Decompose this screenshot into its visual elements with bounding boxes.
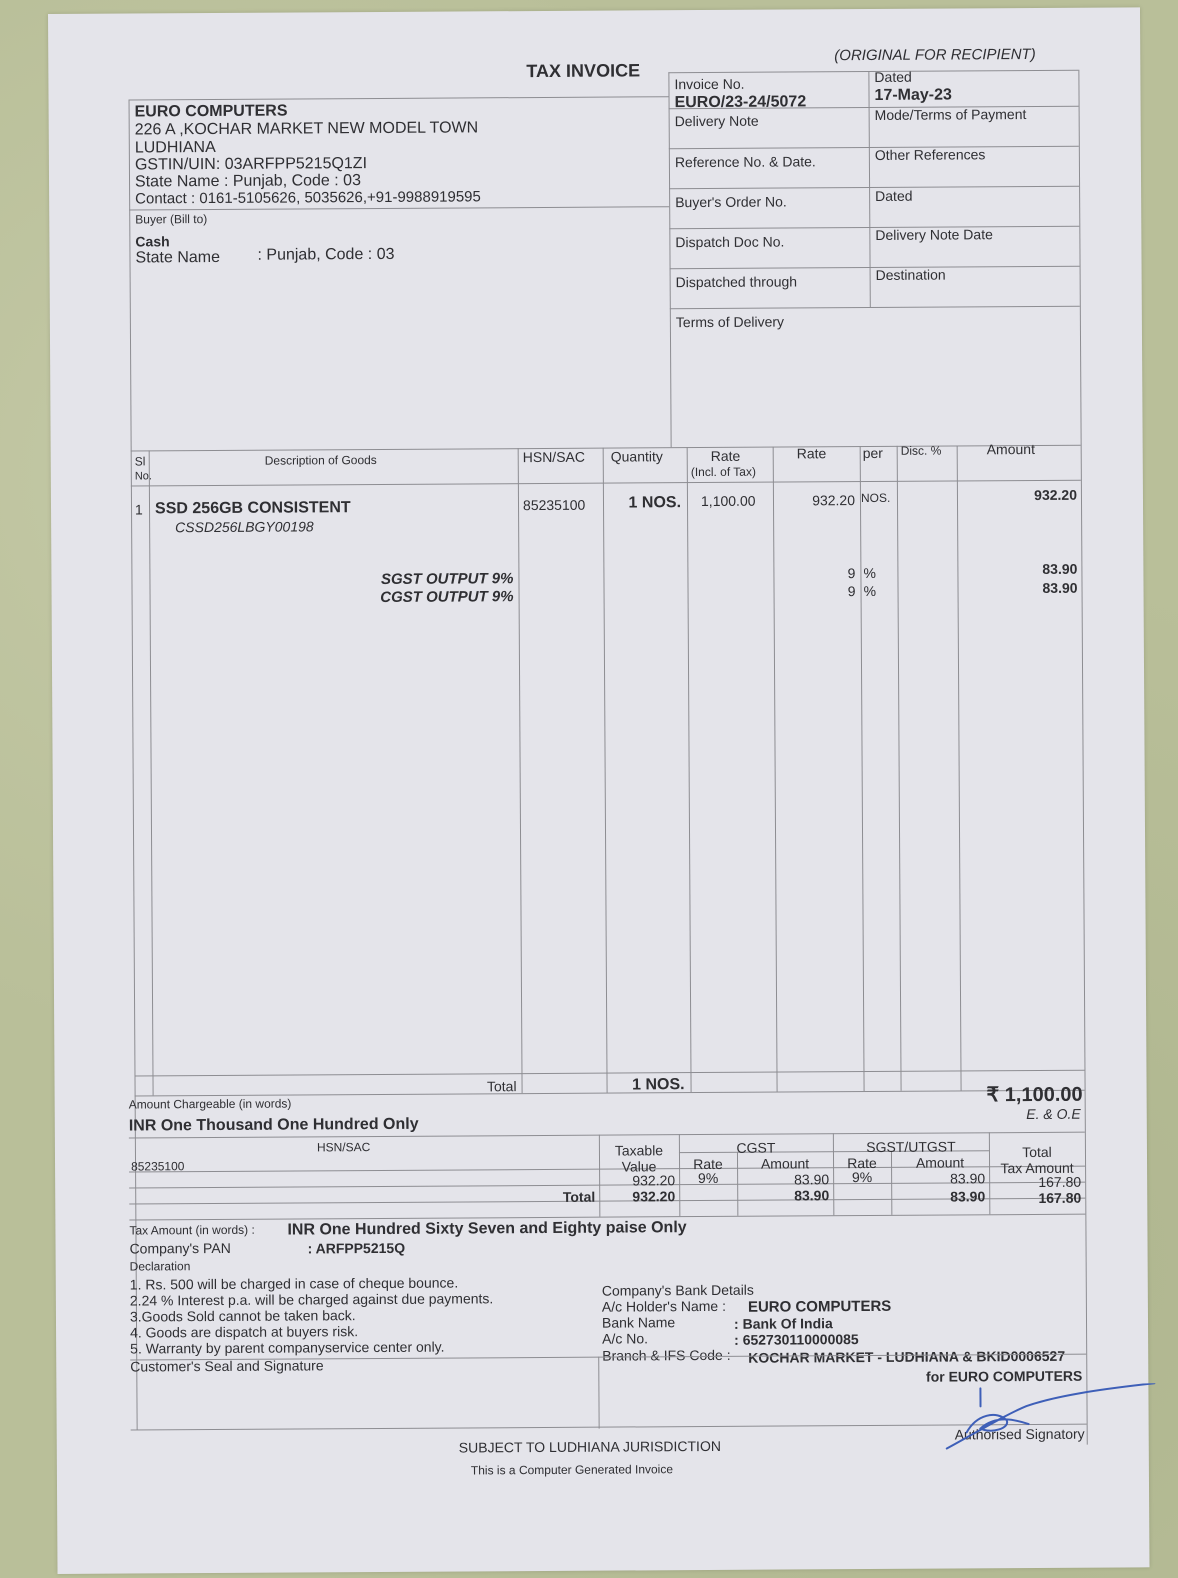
signature-scribble-icon	[936, 1383, 1156, 1454]
col-disc: Disc. %	[901, 444, 942, 458]
buyer-block: Buyer (Bill to) Cash State Name : Punjab…	[48, 7, 1140, 14]
col-description: Description of Goods	[265, 453, 377, 468]
summary-total-taxable: 932.20	[599, 1188, 675, 1204]
customer-seal-label: Customer's Seal and Signature	[130, 1357, 323, 1374]
document-title: TAX INVOICE	[526, 60, 640, 82]
bank-details: Company's Bank Details A/c Holder's Name…	[48, 7, 1140, 14]
item-amount: 932.20	[961, 487, 1077, 504]
amount-in-words: Amount Chargeable (in words) INR One Tho…	[48, 7, 1140, 14]
tax-summary-table: HSN/SAC Taxable Value CGST Rate Amount S…	[48, 7, 1140, 14]
invoice-meta-grid: Invoice No. EURO/23-24/5072 Dated 17-May…	[48, 7, 1140, 14]
tax-line-amount: 83.90	[961, 561, 1077, 578]
seller-address-line1: 226 A ,KOCHAR MARKET NEW MODEL TOWN	[135, 119, 479, 139]
buyer-state-value: : Punjab, Code : 03	[257, 246, 394, 265]
summary-col-cgst-amount: Amount	[737, 1155, 833, 1172]
col-per: per	[863, 445, 883, 461]
pan-value: : ARFPP5215Q	[307, 1240, 405, 1257]
summary-total-cgst: 83.90	[737, 1187, 829, 1204]
buyer-label: Buyer (Bill to)	[135, 212, 207, 226]
summary-col-taxable-1: Taxable	[599, 1142, 679, 1158]
summary-row-total-tax: 167.80	[989, 1174, 1081, 1191]
summary-row: 85235100 932.20 9% 83.90 9% 83.90 167.80	[48, 7, 1140, 14]
delivery-note-date-label: Delivery Note Date	[875, 226, 993, 243]
declaration-line: 3.Goods Sold cannot be taken back.	[130, 1307, 356, 1324]
col-sl-no: No.	[135, 470, 152, 482]
summary-row-cgst-amount: 83.90	[737, 1171, 829, 1188]
item-rate-incl: 1,100.00	[701, 493, 756, 509]
buyer-state-label: State Name	[135, 249, 220, 268]
summary-col-sgst-amount: Amount	[891, 1154, 989, 1171]
amount-words-value: INR One Thousand One Hundred Only	[129, 1116, 419, 1136]
summary-col-sgst: SGST/UTGST	[833, 1138, 989, 1155]
invoice-no-label: Invoice No.	[674, 76, 744, 92]
seller-address-line2: LUDHIANA	[135, 139, 216, 157]
summary-total-sgst: 83.90	[891, 1188, 985, 1205]
tax-words-label: Tax Amount (in words) :	[129, 1223, 254, 1238]
tax-line-label: CGST OUTPUT 9%	[332, 588, 514, 606]
declaration-line: 4. Goods are dispatch at buyers risk.	[130, 1323, 358, 1340]
summary-row-sgst-amount: 83.90	[891, 1170, 985, 1187]
summary-col-cgst: CGST	[679, 1139, 833, 1156]
invoice-no-value: EURO/23-24/5072	[675, 93, 807, 112]
declaration-block: Declaration 1. Rs. 500 will be charged i…	[48, 7, 1140, 14]
tax-line-amount: 83.90	[961, 580, 1077, 597]
col-sl: Sl	[135, 454, 146, 468]
items-table: Sl No. Description of Goods HSN/SAC Quan…	[48, 7, 1140, 14]
seller-contact: Contact : 0161-5105626, 5035626,+91-9988…	[135, 188, 481, 207]
copy-label: (ORIGINAL FOR RECIPIENT)	[834, 46, 1036, 64]
col-rate: Rate	[797, 445, 827, 461]
summary-col-hsn: HSN/SAC	[317, 1140, 370, 1154]
summary-row-hsn: 85235100	[131, 1159, 184, 1173]
item-rate: 932.20	[773, 492, 855, 509]
seller-block: EURO COMPUTERS 226 A ,KOCHAR MARKET NEW …	[48, 7, 1140, 14]
items-total-amount: ₹ 1,100.00	[935, 1082, 1083, 1108]
bank-name-label: Bank Name	[602, 1314, 675, 1330]
seller-name: EURO COMPUTERS	[135, 103, 288, 122]
item-description: SSD 256GB CONSISTENT	[155, 499, 351, 518]
tax-line-label: SGST OUTPUT 9%	[331, 570, 513, 588]
payment-terms-label: Mode/Terms of Payment	[875, 106, 1027, 123]
terms-of-delivery-label: Terms of Delivery	[676, 314, 784, 331]
items-total-label: Total	[435, 1078, 517, 1095]
summary-col-total-1: Total	[989, 1144, 1085, 1161]
item-quantity: 1 NOS.	[607, 494, 681, 512]
other-references-label: Other References	[875, 146, 986, 163]
col-rate-incl-sub: (Incl. of Tax)	[691, 465, 756, 479]
eoe-label: E. & O.E	[995, 1106, 1081, 1123]
declaration-line: 1. Rs. 500 will be charged in case of ch…	[130, 1275, 459, 1293]
item-sl: 1	[135, 501, 143, 517]
col-amount: Amount	[987, 441, 1035, 457]
account-no-value: : 652730110000085	[734, 1331, 859, 1348]
bank-name-value: : Bank Of India	[734, 1315, 833, 1332]
bank-title: Company's Bank Details	[602, 1282, 754, 1299]
table-row: 1 SSD 256GB CONSISTENT CSSD256LBGY00198 …	[48, 7, 1140, 14]
delivery-note-label: Delivery Note	[675, 113, 759, 130]
tax-line-cgst: CGST OUTPUT 9% 9 % 83.90	[48, 7, 1140, 14]
tax-line-rate: 9	[811, 565, 855, 581]
for-company-label: for EURO COMPUTERS	[876, 1368, 1082, 1385]
col-quantity: Quantity	[611, 448, 663, 464]
item-per: NOS.	[861, 491, 890, 505]
bank-holder-label: A/c Holder's Name :	[602, 1298, 726, 1315]
item-hsn: 85235100	[523, 497, 585, 513]
bank-holder-value: EURO COMPUTERS	[748, 1298, 891, 1316]
declaration-line: 5. Warranty by parent companyservice cen…	[130, 1339, 444, 1357]
dated-label: Dated	[874, 69, 911, 85]
declaration-label: Declaration	[130, 1259, 191, 1273]
branch-value: KOCHAR MARKET - LUDHIANA & BKID0006527	[748, 1348, 1065, 1366]
tax-line-rate: 9	[811, 583, 855, 599]
tax-line-per: %	[863, 565, 876, 581]
declaration-line: 2.24 % Interest p.a. will be charged aga…	[130, 1290, 494, 1308]
reference-label: Reference No. & Date.	[675, 153, 816, 170]
jurisdiction-note: SUBJECT TO LUDHIANA JURISDICTION	[459, 1438, 721, 1456]
buyers-order-label: Buyer's Order No.	[675, 193, 787, 210]
summary-row-taxable: 932.20	[599, 1172, 675, 1188]
col-rate-incl: Rate	[711, 448, 741, 464]
summary-total-tax: 167.80	[989, 1190, 1081, 1207]
items-total-quantity: 1 NOS.	[611, 1076, 685, 1094]
summary-row-sgst-rate: 9%	[833, 1169, 891, 1185]
dispatched-through-label: Dispatched through	[676, 273, 798, 290]
summary-total-label: Total	[495, 1189, 595, 1206]
order-dated-label: Dated	[875, 188, 912, 204]
tax-line-per: %	[863, 583, 876, 599]
dispatch-doc-label: Dispatch Doc No.	[675, 234, 784, 251]
buyer-name: Cash	[135, 233, 169, 249]
tax-words-value: INR One Hundred Sixty Seven and Eighty p…	[287, 1219, 686, 1239]
dated-value: 17-May-23	[874, 86, 951, 104]
destination-label: Destination	[876, 267, 946, 283]
col-hsn: HSN/SAC	[523, 449, 585, 465]
tax-line-sgst: SGST OUTPUT 9% 9 % 83.90	[48, 7, 1140, 14]
account-no-label: A/c No.	[602, 1330, 648, 1346]
summary-row-cgst-rate: 9%	[679, 1170, 737, 1186]
pan-label: Company's PAN	[129, 1240, 230, 1257]
summary-total-row: Total 932.20 83.90 83.90 167.80	[48, 7, 1140, 14]
amount-words-label: Amount Chargeable (in words)	[129, 1097, 292, 1112]
computer-generated-note: This is a Computer Generated Invoice	[471, 1462, 673, 1477]
item-serial: CSSD256LBGY00198	[175, 518, 314, 535]
invoice-paper: TAX INVOICE (ORIGINAL FOR RECIPIENT) EUR…	[48, 7, 1150, 1574]
